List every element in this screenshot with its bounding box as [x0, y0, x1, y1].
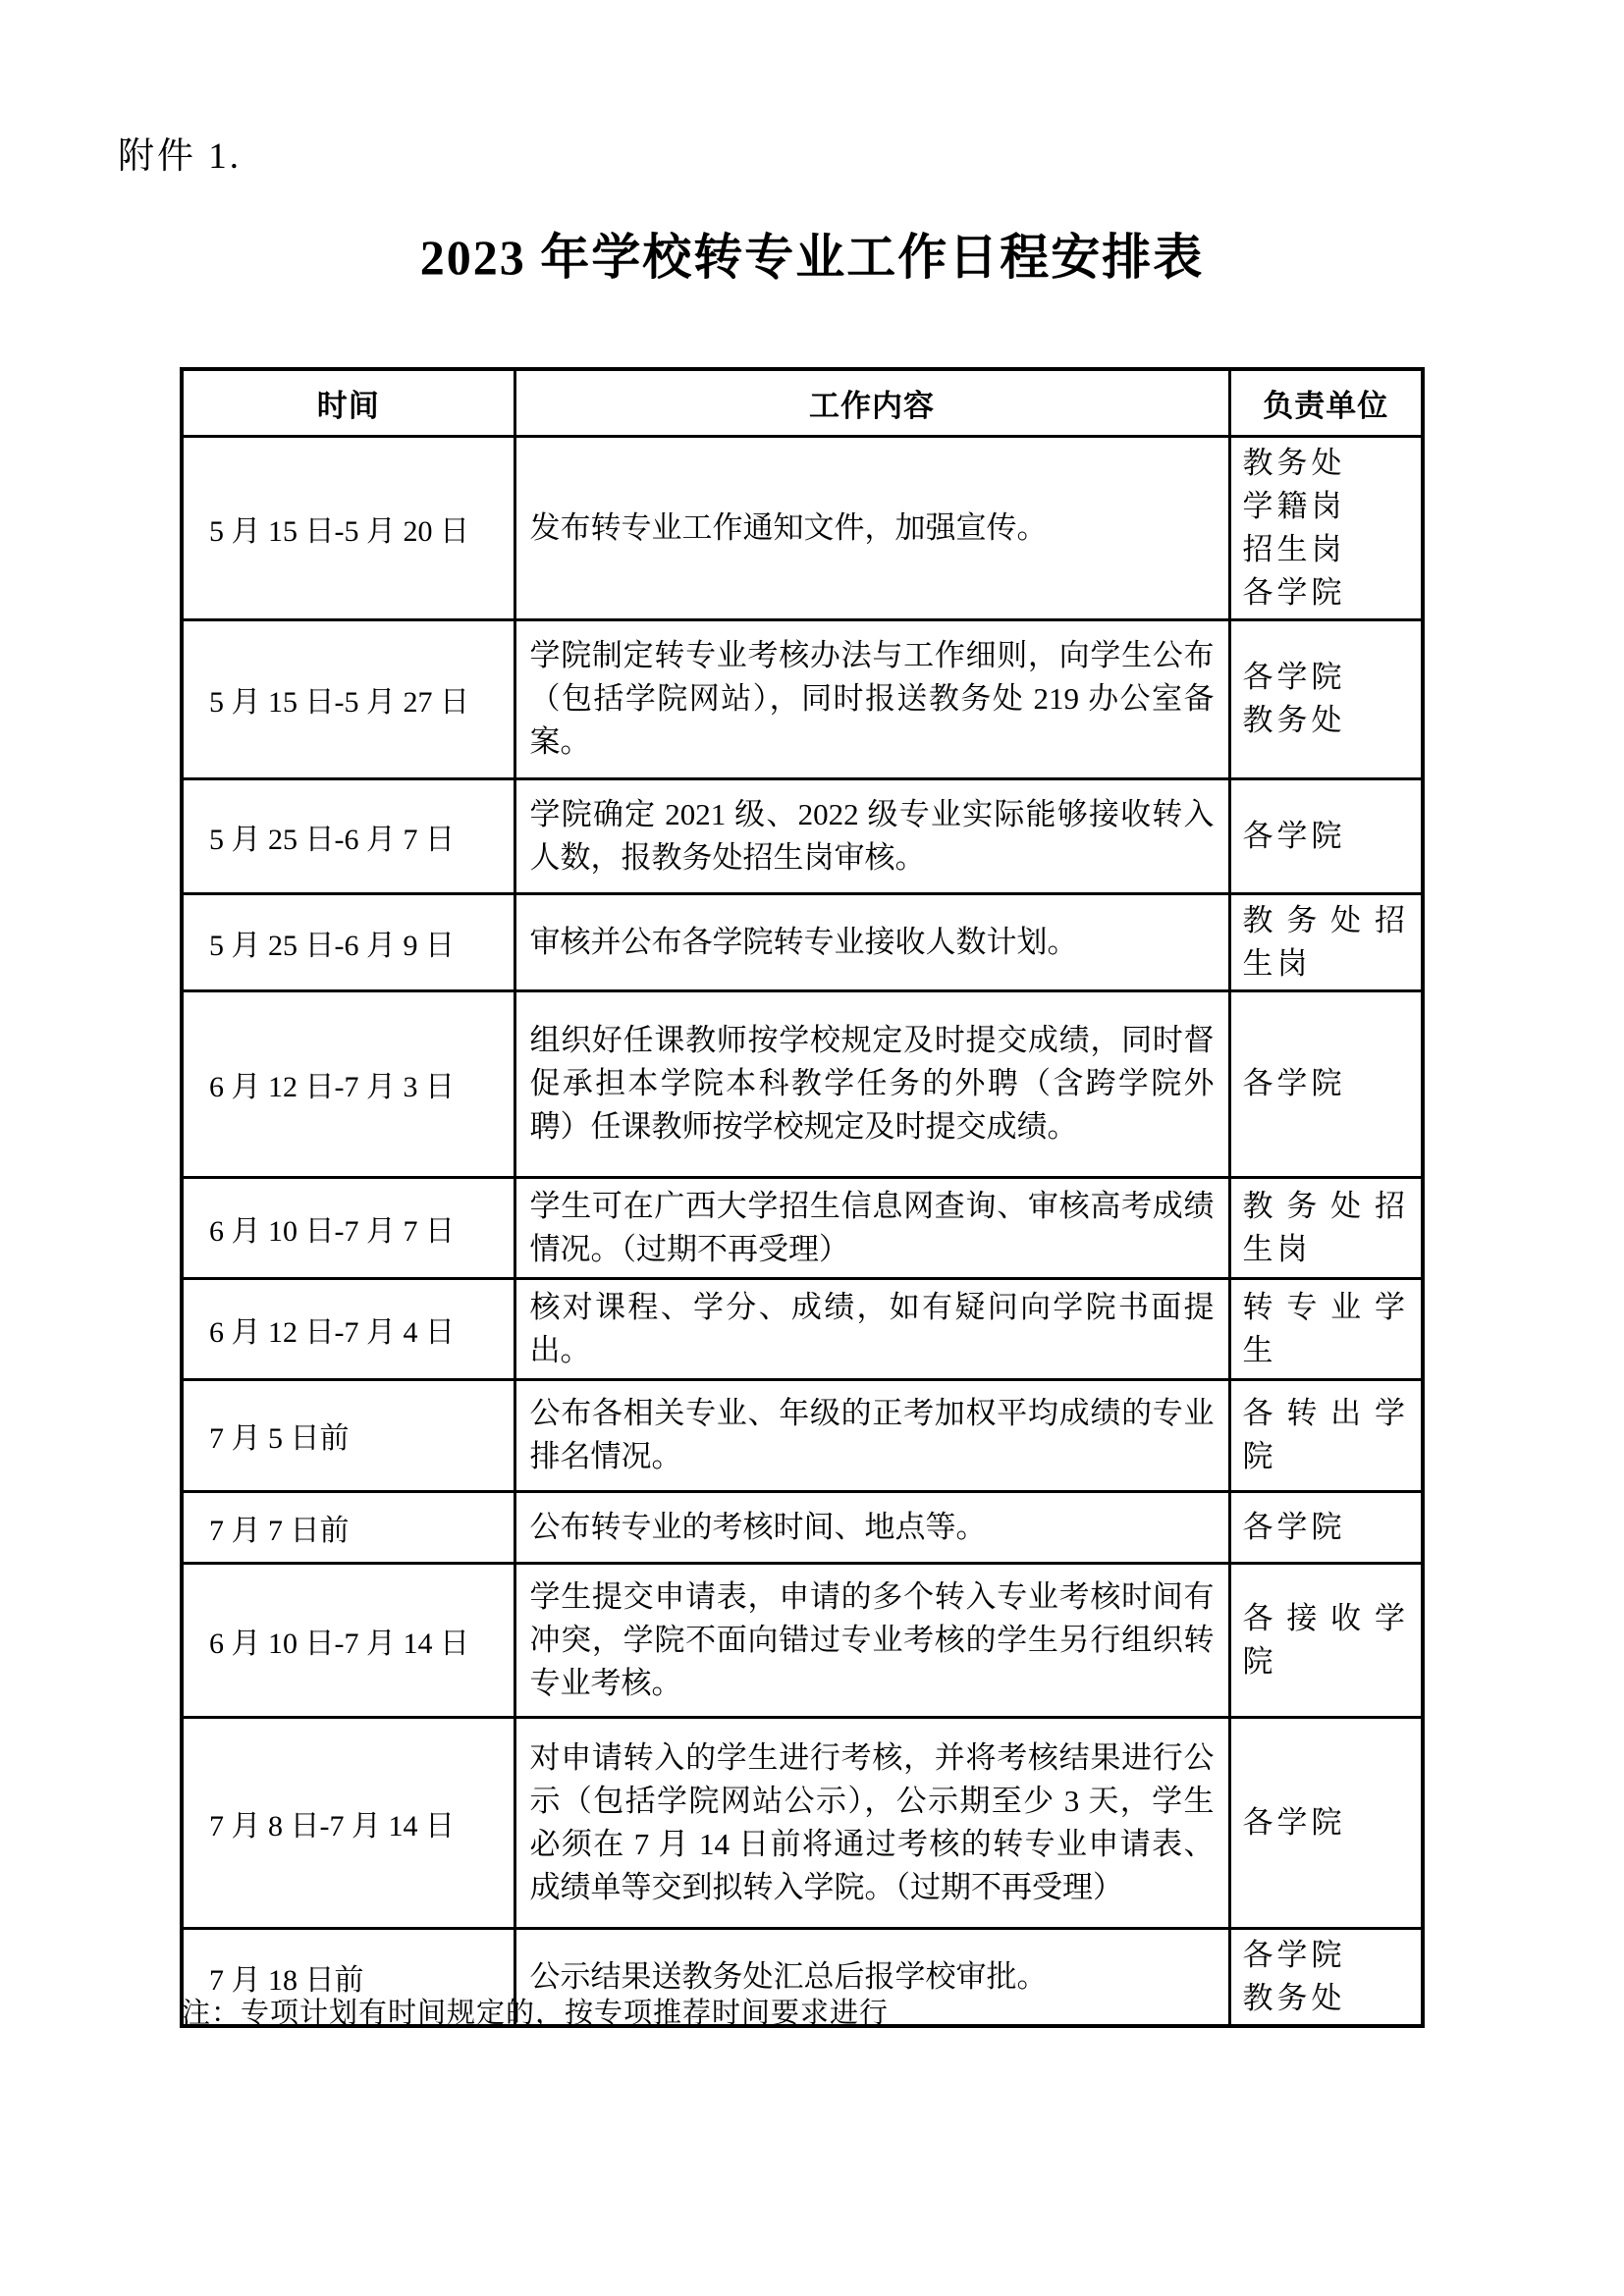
content-cell: 审核并公布各学院转专业接收人数计划。 [514, 893, 1229, 990]
unit-cell: 教务处招生岗 [1229, 893, 1423, 990]
col-header-time: 时间 [182, 369, 514, 436]
page-title: 2023 年学校转专业工作日程安排表 [0, 218, 1624, 289]
unit-cell: 各学院 教务处 [1229, 1928, 1423, 2026]
table-row: 6 月 12 日-7 月 4 日 核对课程、学分、成绩，如有疑问向学院书面提出。… [182, 1278, 1423, 1379]
unit-cell: 各接收学院 [1229, 1563, 1423, 1717]
attachment-label: 附件 1. [118, 126, 242, 179]
col-header-content: 工作内容 [514, 369, 1229, 436]
content-cell: 组织好任课教师按学校规定及时提交成绩，同时督促承担本学院本科教学任务的外聘（含跨… [514, 990, 1229, 1177]
time-cell: 7 月 8 日-7 月 14 日 [182, 1717, 514, 1928]
time-cell: 5 月 25 日-6 月 7 日 [182, 778, 514, 893]
content-cell: 学生提交申请表，申请的多个转入专业考核时间有冲突，学院不面向错过专业考核的学生另… [514, 1563, 1229, 1717]
schedule-table: 时间 工作内容 负责单位 5 月 15 日-5 月 20 日 发布转专业工作通知… [180, 367, 1425, 2028]
table-row: 6 月 12 日-7 月 3 日 组织好任课教师按学校规定及时提交成绩，同时督促… [182, 990, 1423, 1177]
table-row: 6 月 10 日-7 月 7 日 学生可在广西大学招生信息网查询、审核高考成绩情… [182, 1177, 1423, 1278]
time-cell: 6 月 12 日-7 月 3 日 [182, 990, 514, 1177]
unit-cell: 各学院 [1229, 1717, 1423, 1928]
table-row: 7 月 8 日-7 月 14 日 对申请转入的学生进行考核，并将考核结果进行公示… [182, 1717, 1423, 1928]
unit-cell: 各学院 [1229, 1491, 1423, 1563]
unit-cell: 各学院 [1229, 990, 1423, 1177]
table-row: 5 月 25 日-6 月 9 日 审核并公布各学院转专业接收人数计划。 教务处招… [182, 893, 1423, 990]
content-cell: 对申请转入的学生进行考核，并将考核结果进行公示（包括学院网站公示），公示期至少 … [514, 1717, 1229, 1928]
table-row: 5 月 25 日-6 月 7 日 学院确定 2021 级、2022 级专业实际能… [182, 778, 1423, 893]
time-cell: 5 月 15 日-5 月 20 日 [182, 436, 514, 619]
time-cell: 6 月 12 日-7 月 4 日 [182, 1278, 514, 1379]
table-row: 7 月 7 日前 公布转专业的考核时间、地点等。 各学院 [182, 1491, 1423, 1563]
content-cell: 公布各相关专业、年级的正考加权平均成绩的专业排名情况。 [514, 1379, 1229, 1491]
time-cell: 7 月 7 日前 [182, 1491, 514, 1563]
footnote: 注：专项计划有时间规定的，按专项推荐时间要求进行 [182, 1991, 889, 2031]
unit-cell: 教务处 学籍岗 招生岗 各学院 [1229, 436, 1423, 619]
table-row: 5 月 15 日-5 月 27 日 学院制定转专业考核办法与工作细则，向学生公布… [182, 619, 1423, 778]
time-cell: 6 月 10 日-7 月 14 日 [182, 1563, 514, 1717]
unit-cell: 各转出学院 [1229, 1379, 1423, 1491]
content-cell: 学生可在广西大学招生信息网查询、审核高考成绩情况。（过期不再受理） [514, 1177, 1229, 1278]
time-cell: 6 月 10 日-7 月 7 日 [182, 1177, 514, 1278]
unit-cell: 各学院 教务处 [1229, 619, 1423, 778]
table-row: 6 月 10 日-7 月 14 日 学生提交申请表，申请的多个转入专业考核时间有… [182, 1563, 1423, 1717]
content-cell: 学院制定转专业考核办法与工作细则，向学生公布（包括学院网站），同时报送教务处 2… [514, 619, 1229, 778]
col-header-unit: 负责单位 [1229, 369, 1423, 436]
table-header-row: 时间 工作内容 负责单位 [182, 369, 1423, 436]
time-cell: 5 月 15 日-5 月 27 日 [182, 619, 514, 778]
content-cell: 发布转专业工作通知文件，加强宣传。 [514, 436, 1229, 619]
unit-cell: 各学院 [1229, 778, 1423, 893]
content-cell: 公布转专业的考核时间、地点等。 [514, 1491, 1229, 1563]
time-cell: 5 月 25 日-6 月 9 日 [182, 893, 514, 990]
table-row: 7 月 5 日前 公布各相关专业、年级的正考加权平均成绩的专业排名情况。 各转出… [182, 1379, 1423, 1491]
content-cell: 核对课程、学分、成绩，如有疑问向学院书面提出。 [514, 1278, 1229, 1379]
table-row: 5 月 15 日-5 月 20 日 发布转专业工作通知文件，加强宣传。 教务处 … [182, 436, 1423, 619]
content-cell: 学院确定 2021 级、2022 级专业实际能够接收转入人数，报教务处招生岗审核… [514, 778, 1229, 893]
unit-cell: 转专业学生 [1229, 1278, 1423, 1379]
unit-cell: 教务处招生岗 [1229, 1177, 1423, 1278]
time-cell: 7 月 5 日前 [182, 1379, 514, 1491]
